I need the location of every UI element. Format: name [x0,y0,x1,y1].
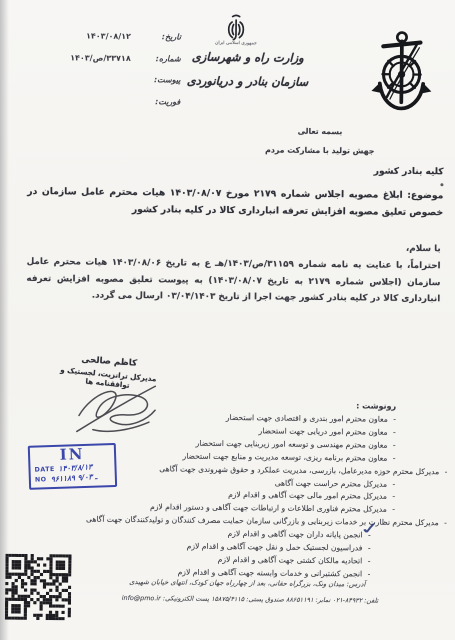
list-dash: - [393,441,396,450]
in-date-stamp: IN DATE ۱۴۰۳/۸/۱۳ NO ۹۶۱۱۸۹ ـ ۹/۰۳ [28,443,117,490]
checkmark-icon: ✓ [358,522,383,537]
cc-item-text: اتحادیه مالکان کشتی جهت آگاهی و اقدام لا… [218,555,363,566]
subject-text: ابلاغ مصوبه اجلاس شماره ۲۱۷۹ مورخ ۱۴۰۳/۰… [27,186,443,218]
cc-item-text: مدیرکل محترم فناوری اطلاعات و ارتباطات ج… [150,503,387,514]
pmo-anchor-wheel-logo-icon [369,27,434,116]
list-dash: - [444,519,447,528]
subject-line: موضوع: ابلاغ مصوبه اجلاس شماره ۲۱۷۹ مورخ… [27,184,443,221]
footer-contact-text: تلفن: ۸۴۹۳۲-۰۲۱ نمابر: ۸۸۶۵۱۱۹۱ صندوق پس… [163,594,379,604]
iran-emblem-icon [224,13,248,43]
letter-sheet: جمهوری اسلامی ایران وزارت راه و شهرسازی … [0,0,455,640]
field-label: شماره: [141,54,181,63]
footer-email: info@pmo.ir [122,594,161,602]
list-dash: - [393,428,396,437]
stamp-no-label: NO [35,476,47,483]
list-dash: - [392,505,395,514]
list-dash: - [368,544,371,553]
cc-item-text: معاون محترم امور بندری و اقتصادی جهت است… [226,413,388,424]
list-dash: - [445,467,448,476]
list-dash: - [393,453,396,462]
letterhead-fields: تاریخ: ۱۴۰۳/۰۸/۱۲ شماره: ۳۳۷۱۸/ص/۱۴۰۳ پی… [48,31,181,118]
scanned-letter-page: جمهوری اسلامی ایران وزارت راه و شهرسازی … [0,0,455,640]
cc-item-text: فدراسیون لجستیک حمل و نقل جهت آگاهی و اق… [187,542,363,553]
cc-heading: رونوشت : [5,398,396,411]
stray-dot [440,183,443,186]
qr-code [5,554,72,621]
footer-address: آدرس: میدان ونک، بزرگراه حقانی، بعد از چ… [125,578,369,589]
stamp-in-label: IN [34,446,110,464]
stamp-no-value: ۹۶۱۱۸۹ ـ ۹/۰۳ [50,472,97,484]
list-dash: - [393,415,396,424]
letterhead-field-row: شماره: ۳۳۷۱۸/ص/۱۴۰۳ [49,53,181,66]
salutation: با سلام، [406,244,441,254]
field-value: ۱۴۰۳/۰۸/۱۲ [86,32,131,41]
cc-item-text: مدیرکل محترم حوزه مدیرعامل، بازرسی، مدیر… [159,464,439,476]
list-dash: - [392,492,395,501]
list-dash: - [368,556,371,565]
cc-item-text: انجمن کشتیرانی و خدمات وابسته جهت آگاهی … [178,567,363,578]
field-label: تاریخ: [141,32,181,41]
stamp-date-label: DATE [34,466,54,474]
organization-title: سازمان بنادر و دریانوردی [158,73,336,89]
cc-item-text: مدیرکل محترم حراست جهت آگاهی [275,478,387,488]
letterhead-field-row: فوریت: [48,96,180,109]
list-dash: - [392,479,395,488]
field-label: پیوست: [140,75,180,84]
letterhead-center: جمهوری اسلامی ایران وزارت راه و شهرسازی … [158,12,337,89]
ministry-title: وزارت راه و شهرسازی [159,49,337,65]
letterhead-field-row: پیوست: [48,74,180,87]
cc-item-text: انجمن پایانه داران جهت آگاهی و اقدام لاز… [228,529,363,539]
letter-body: احتراماً، با عنایت به نامه شماره ۳۱۱۵۹/ص… [26,254,440,308]
subject-label: موضوع: [407,190,443,201]
list-dash: - [368,569,371,578]
year-slogan: جهش تولید با مشارکت مردم [240,145,400,156]
field-value: ۳۳۷۱۸/ص/۱۴۰۳ [70,53,131,63]
cc-item-text: معاون محترم مهندسی و توسعه امور زیربنایی… [196,438,388,449]
cc-item-text: مدیرکل محترم امور مالی جهت آگاهی و اقدام… [228,490,387,501]
footer-contact: تلفن: ۸۴۹۳۲-۰۲۱ نمابر: ۸۸۶۵۱۱۹۱ صندوق پس… [85,594,415,605]
cc-item-text: معاون محترم برنامه ریزی، توسعه مدیریت و … [183,451,388,462]
field-label: فوریت: [140,97,180,106]
letterhead-field-row: تاریخ: ۱۴۰۳/۰۸/۱۲ [49,31,181,44]
cc-item-text: معاون محترم امور دریایی جهت استحضار [259,426,388,436]
invocation-text: بسمه تعالی [260,126,380,136]
recipient-line: کلیه بنادر کشور [374,167,444,178]
cc-item-text: مدیرکل محترم نظارت بر خدمات زیربنایی و ب… [86,515,439,528]
